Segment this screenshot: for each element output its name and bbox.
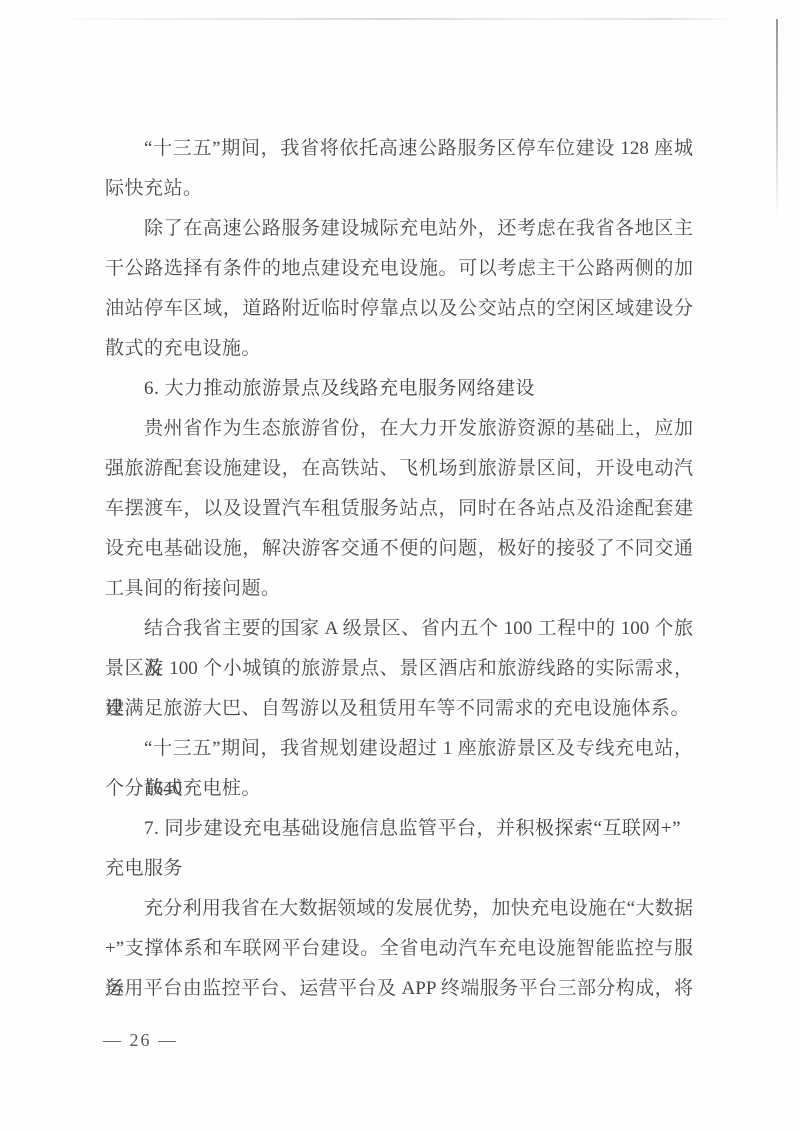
text-line: 贵州省作为生态旅游省份，在大力开发旅游资源的基础上，应加: [105, 409, 693, 449]
text-line: 干公路选择有条件的地点建设充电设施。可以考虑主干公路两侧的加: [105, 249, 693, 289]
section-heading: 7. 同步建设充电基础设施信息监管平台，并积极探索“互联网+”: [105, 809, 693, 849]
text-line: 结合我省主要的国家 A 级景区、省内五个 100 工程中的 100 个旅游: [105, 609, 693, 649]
text-line: 油站停车区域，道路附近临时停靠点以及公交站点的空闲区域建设分: [105, 289, 693, 329]
text-line: 际快充站。: [105, 169, 693, 209]
text-line: +”支撑体系和车联网平台建设。全省电动汽车充电设施智能监控与服务: [105, 929, 693, 969]
document-page: “十三五”期间，我省将依托高速公路服务区停车位建设 128 座城际快充站。除了在…: [0, 0, 800, 1131]
text-line: “十三五”期间，我省将依托高速公路服务区停车位建设 128 座城: [105, 129, 693, 169]
text-line: 充分利用我省在大数据领域的发展优势，加快充电设施在“大数据: [105, 889, 693, 929]
text-line: 充电服务: [105, 849, 693, 889]
section-heading: 6. 大力推动旅游景点及线路充电服务网络建设: [105, 369, 693, 409]
page-number: — 26 —: [103, 1026, 178, 1054]
text-line: 散式的充电设施。: [105, 329, 693, 369]
text-line: “十三五”期间，我省规划建设超过 1 座旅游景区及专线充电站，1640: [105, 729, 693, 769]
text-line: 景区及 100 个小城镇的旅游景点、景区酒店和旅游线路的实际需求，建: [105, 649, 693, 689]
text-line: 设满足旅游大巴、自驾游以及租赁用车等不同需求的充电设施体系。: [105, 689, 693, 729]
scan-edge-horizontal: [45, 18, 735, 20]
text-line: 车摆渡车，以及设置汽车租赁服务站点，同时在各站点及沿途配套建: [105, 489, 693, 529]
text-line: 设充电基础设施，解决游客交通不便的问题，极好的接驳了不同交通: [105, 529, 693, 569]
document-body: “十三五”期间，我省将依托高速公路服务区停车位建设 128 座城际快充站。除了在…: [105, 129, 693, 1009]
text-line: 工具间的衔接问题。: [105, 569, 693, 609]
scan-edge-vertical: [776, 19, 778, 219]
text-line: 强旅游配套设施建设，在高铁站、飞机场到旅游景区间，开设电动汽: [105, 449, 693, 489]
text-line: 个分散式充电桩。: [105, 769, 693, 809]
text-line: 运用平台由监控平台、运营平台及 APP 终端服务平台三部分构成，将: [105, 969, 693, 1009]
text-line: 除了在高速公路服务建设城际充电站外，还考虑在我省各地区主: [105, 209, 693, 249]
